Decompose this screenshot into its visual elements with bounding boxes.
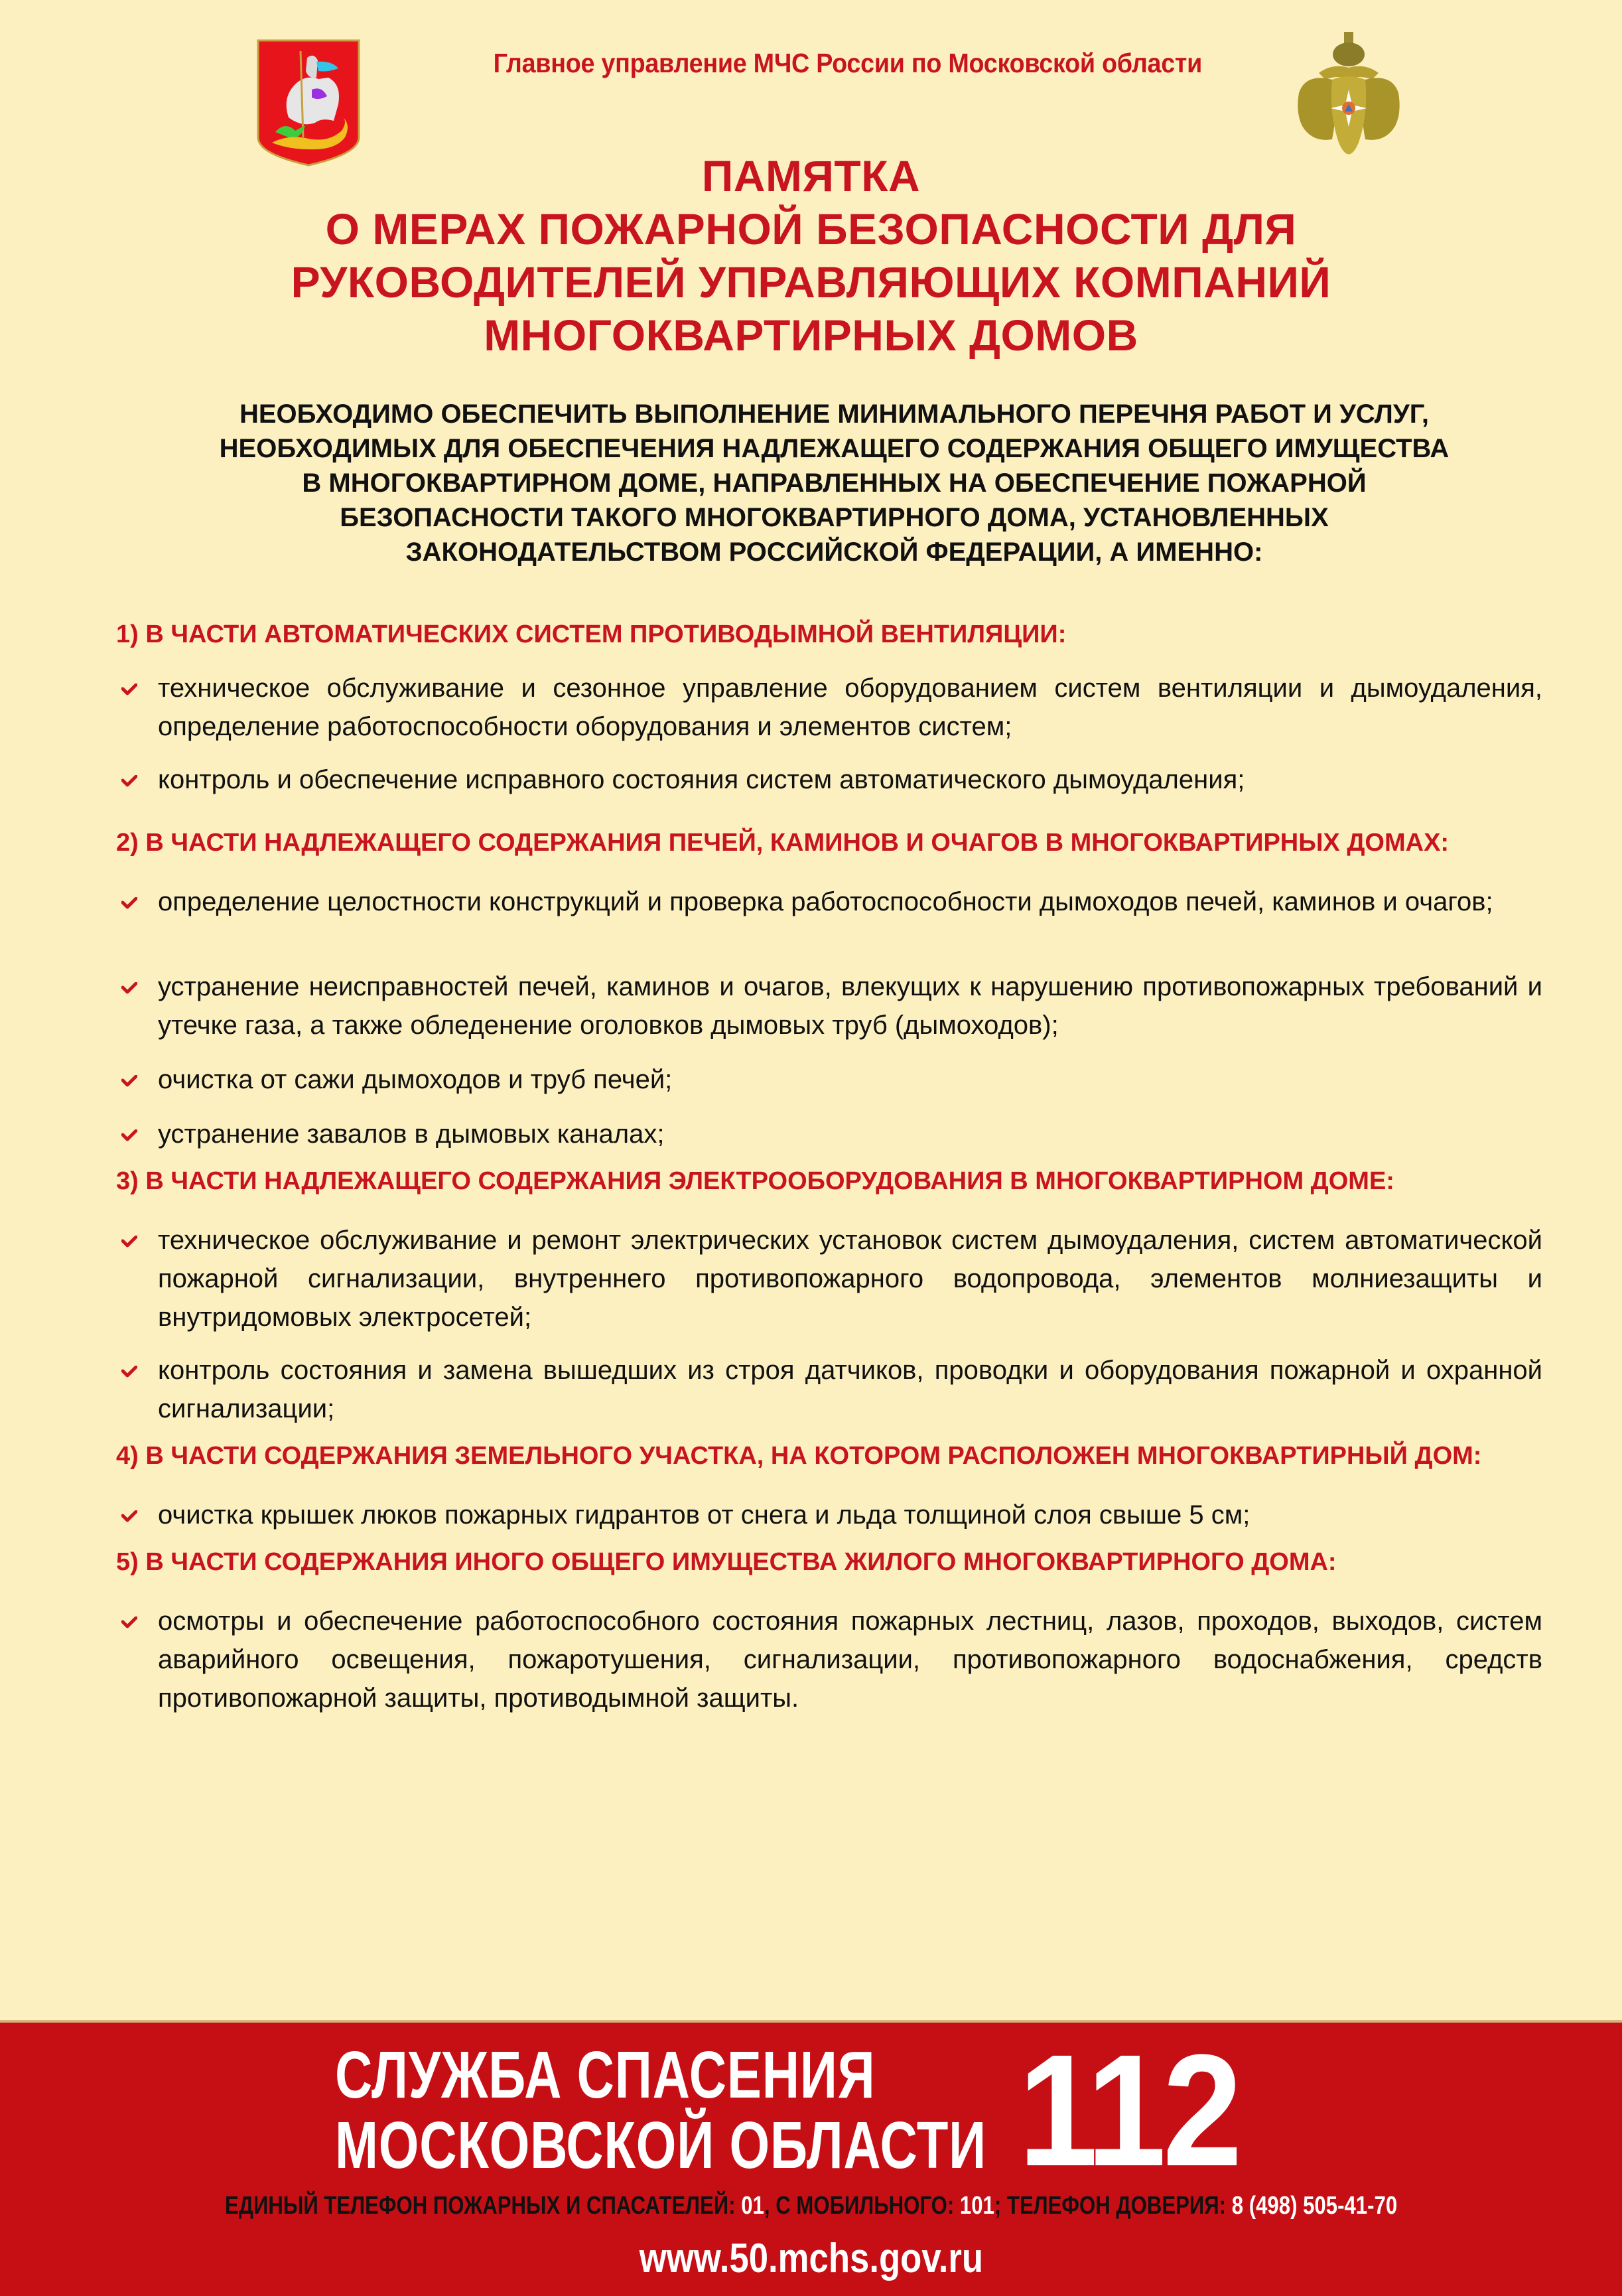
requirements-list: 1) В ЧАСТИ АВТОМАТИЧЕСКИХ СИСТЕМ ПРОТИВО… [116,617,1542,1717]
phone-numbers: ЕДИНЫЙ ТЕЛЕФОН ПОЖАРНЫХ И СПАСАТЕЛЕЙ: 01… [0,2192,1622,2220]
website-link[interactable]: www.50.mchs.gov.ru [0,2235,1622,2282]
list-item: устранение неисправностей печей, каминов… [116,968,1542,1044]
checkmark-icon [121,1236,137,1248]
intro-line: ЗАКОНОДАТЕЛЬСТВОМ РОССИЙСКОЙ ФЕДЕРАЦИИ, … [119,535,1549,569]
phone-number: 101 [960,2192,994,2220]
checkmark-icon [121,1129,137,1141]
list-item-text: определение целостности конструкций и пр… [158,887,1493,916]
intro-line: БЕЗОПАСНОСТИ ТАКОГО МНОГОКВАРТИРНОГО ДОМ… [119,500,1549,535]
phone-label: , С МОБИЛЬНОГО: [764,2192,960,2220]
list-item: очистка крышек люков пожарных гидрантов … [116,1496,1542,1534]
checkmark-icon [121,1616,137,1628]
list-item: осмотры и обеспечение работоспособного с… [116,1602,1542,1717]
list-item-text: очистка крышек люков пожарных гидрантов … [158,1500,1250,1530]
section-heading: 5) В ЧАСТИ СОДЕРЖАНИЯ ИНОГО ОБЩЕГО ИМУЩЕ… [116,1545,1542,1579]
phone-number: 8 (498) 505-41-70 [1232,2192,1397,2220]
service-line: МОСКОВСКОЙ ОБЛАСТИ [335,2110,827,2181]
list-item-text: осмотры и обеспечение работоспособного с… [158,1607,1542,1713]
rescue-service-title: СЛУЖБА СПАСЕНИЯ МОСКОВСКОЙ ОБЛАСТИ [335,2040,827,2181]
list-item-text: контроль и обеспечение исправного состоя… [158,765,1245,794]
service-line: СЛУЖБА СПАСЕНИЯ [335,2040,827,2110]
phone-numbers-text: ЕДИНЫЙ ТЕЛЕФОН ПОЖАРНЫХ И СПАСАТЕЛЕЙ: 01… [225,2192,1397,2220]
section-heading: 2) В ЧАСТИ НАДЛЕЖАЩЕГО СОДЕРЖАНИЯ ПЕЧЕЙ,… [116,825,1542,860]
list-item-text: устранение неисправностей печей, каминов… [158,972,1542,1040]
list-item: определение целостности конструкций и пр… [116,883,1542,921]
list-item: техническое обслуживание и ремонт электр… [116,1221,1542,1336]
list-item: устранение завалов в дымовых каналах; [116,1115,1542,1153]
emergency-number: 112 [1018,2031,1239,2190]
list-item: очистка от сажи дымоходов и труб печей; [116,1060,1542,1099]
website-text[interactable]: www.50.mchs.gov.ru [639,2235,982,2282]
list-item: техническое обслуживание и сезонное упра… [116,669,1542,746]
intro-paragraph: НЕОБХОДИМО ОБЕСПЕЧИТЬ ВЫПОЛНЕНИЕ МИНИМАЛ… [119,397,1549,569]
checkmark-icon [121,683,137,695]
agency-name-text: Главное управление МЧС России по Московс… [494,48,1202,79]
list-item: контроль состояния и замена вышедших из … [116,1351,1542,1428]
phone-label: ЕДИНЫЙ ТЕЛЕФОН ПОЖАРНЫХ И СПАСАТЕЛЕЙ: [225,2192,741,2220]
checkmark-icon [121,1075,137,1087]
list-item-text: устранение завалов в дымовых каналах; [158,1119,665,1149]
title-line: О МЕРАХ ПОЖАРНОЙ БЕЗОПАСНОСТИ ДЛЯ [0,202,1622,255]
checkmark-icon [121,982,137,994]
intro-line: НЕОБХОДИМО ОБЕСПЕЧИТЬ ВЫПОЛНЕНИЕ МИНИМАЛ… [119,397,1549,431]
poster: Главное управление МЧС России по Московс… [0,0,1622,2296]
intro-line: НЕОБХОДИМЫХ ДЛЯ ОБЕСПЕЧЕНИЯ НАДЛЕЖАЩЕГО … [119,431,1549,466]
list-item-text: техническое обслуживание и ремонт электр… [158,1226,1542,1332]
checkmark-icon [121,1510,137,1522]
checkmark-icon [121,1366,137,1378]
checkmark-icon [121,775,137,787]
list-item-text: контроль состояния и замена вышедших из … [158,1356,1542,1423]
list-item: контроль и обеспечение исправного состоя… [116,760,1542,799]
list-item-text: техническое обслуживание и сезонное упра… [158,674,1542,741]
checkmark-icon [121,897,137,909]
title-line: РУКОВОДИТЕЛЕЙ УПРАВЛЯЮЩИХ КОМПАНИЙ [0,255,1622,309]
intro-line: В МНОГОКВАРТИРНОМ ДОМЕ, НАПРАВЛЕННЫХ НА … [119,466,1549,500]
title-line: ПАМЯТКА [0,149,1622,202]
section-heading: 4) В ЧАСТИ СОДЕРЖАНИЯ ЗЕМЕЛЬНОГО УЧАСТКА… [116,1439,1542,1473]
page-title: ПАМЯТКА О МЕРАХ ПОЖАРНОЙ БЕЗОПАСНОСТИ ДЛ… [0,149,1622,362]
list-item-text: очистка от сажи дымоходов и труб печей; [158,1065,672,1094]
title-line: МНОГОКВАРТИРНЫХ ДОМОВ [0,309,1622,362]
phone-number: 01 [741,2192,764,2220]
section-heading: 1) В ЧАСТИ АВТОМАТИЧЕСКИХ СИСТЕМ ПРОТИВО… [116,617,1542,652]
phone-label: ; ТЕЛЕФОН ДОВЕРИЯ: [994,2192,1232,2220]
section-heading: 3) В ЧАСТИ НАДЛЕЖАЩЕГО СОДЕРЖАНИЯ ЭЛЕКТР… [116,1164,1542,1198]
